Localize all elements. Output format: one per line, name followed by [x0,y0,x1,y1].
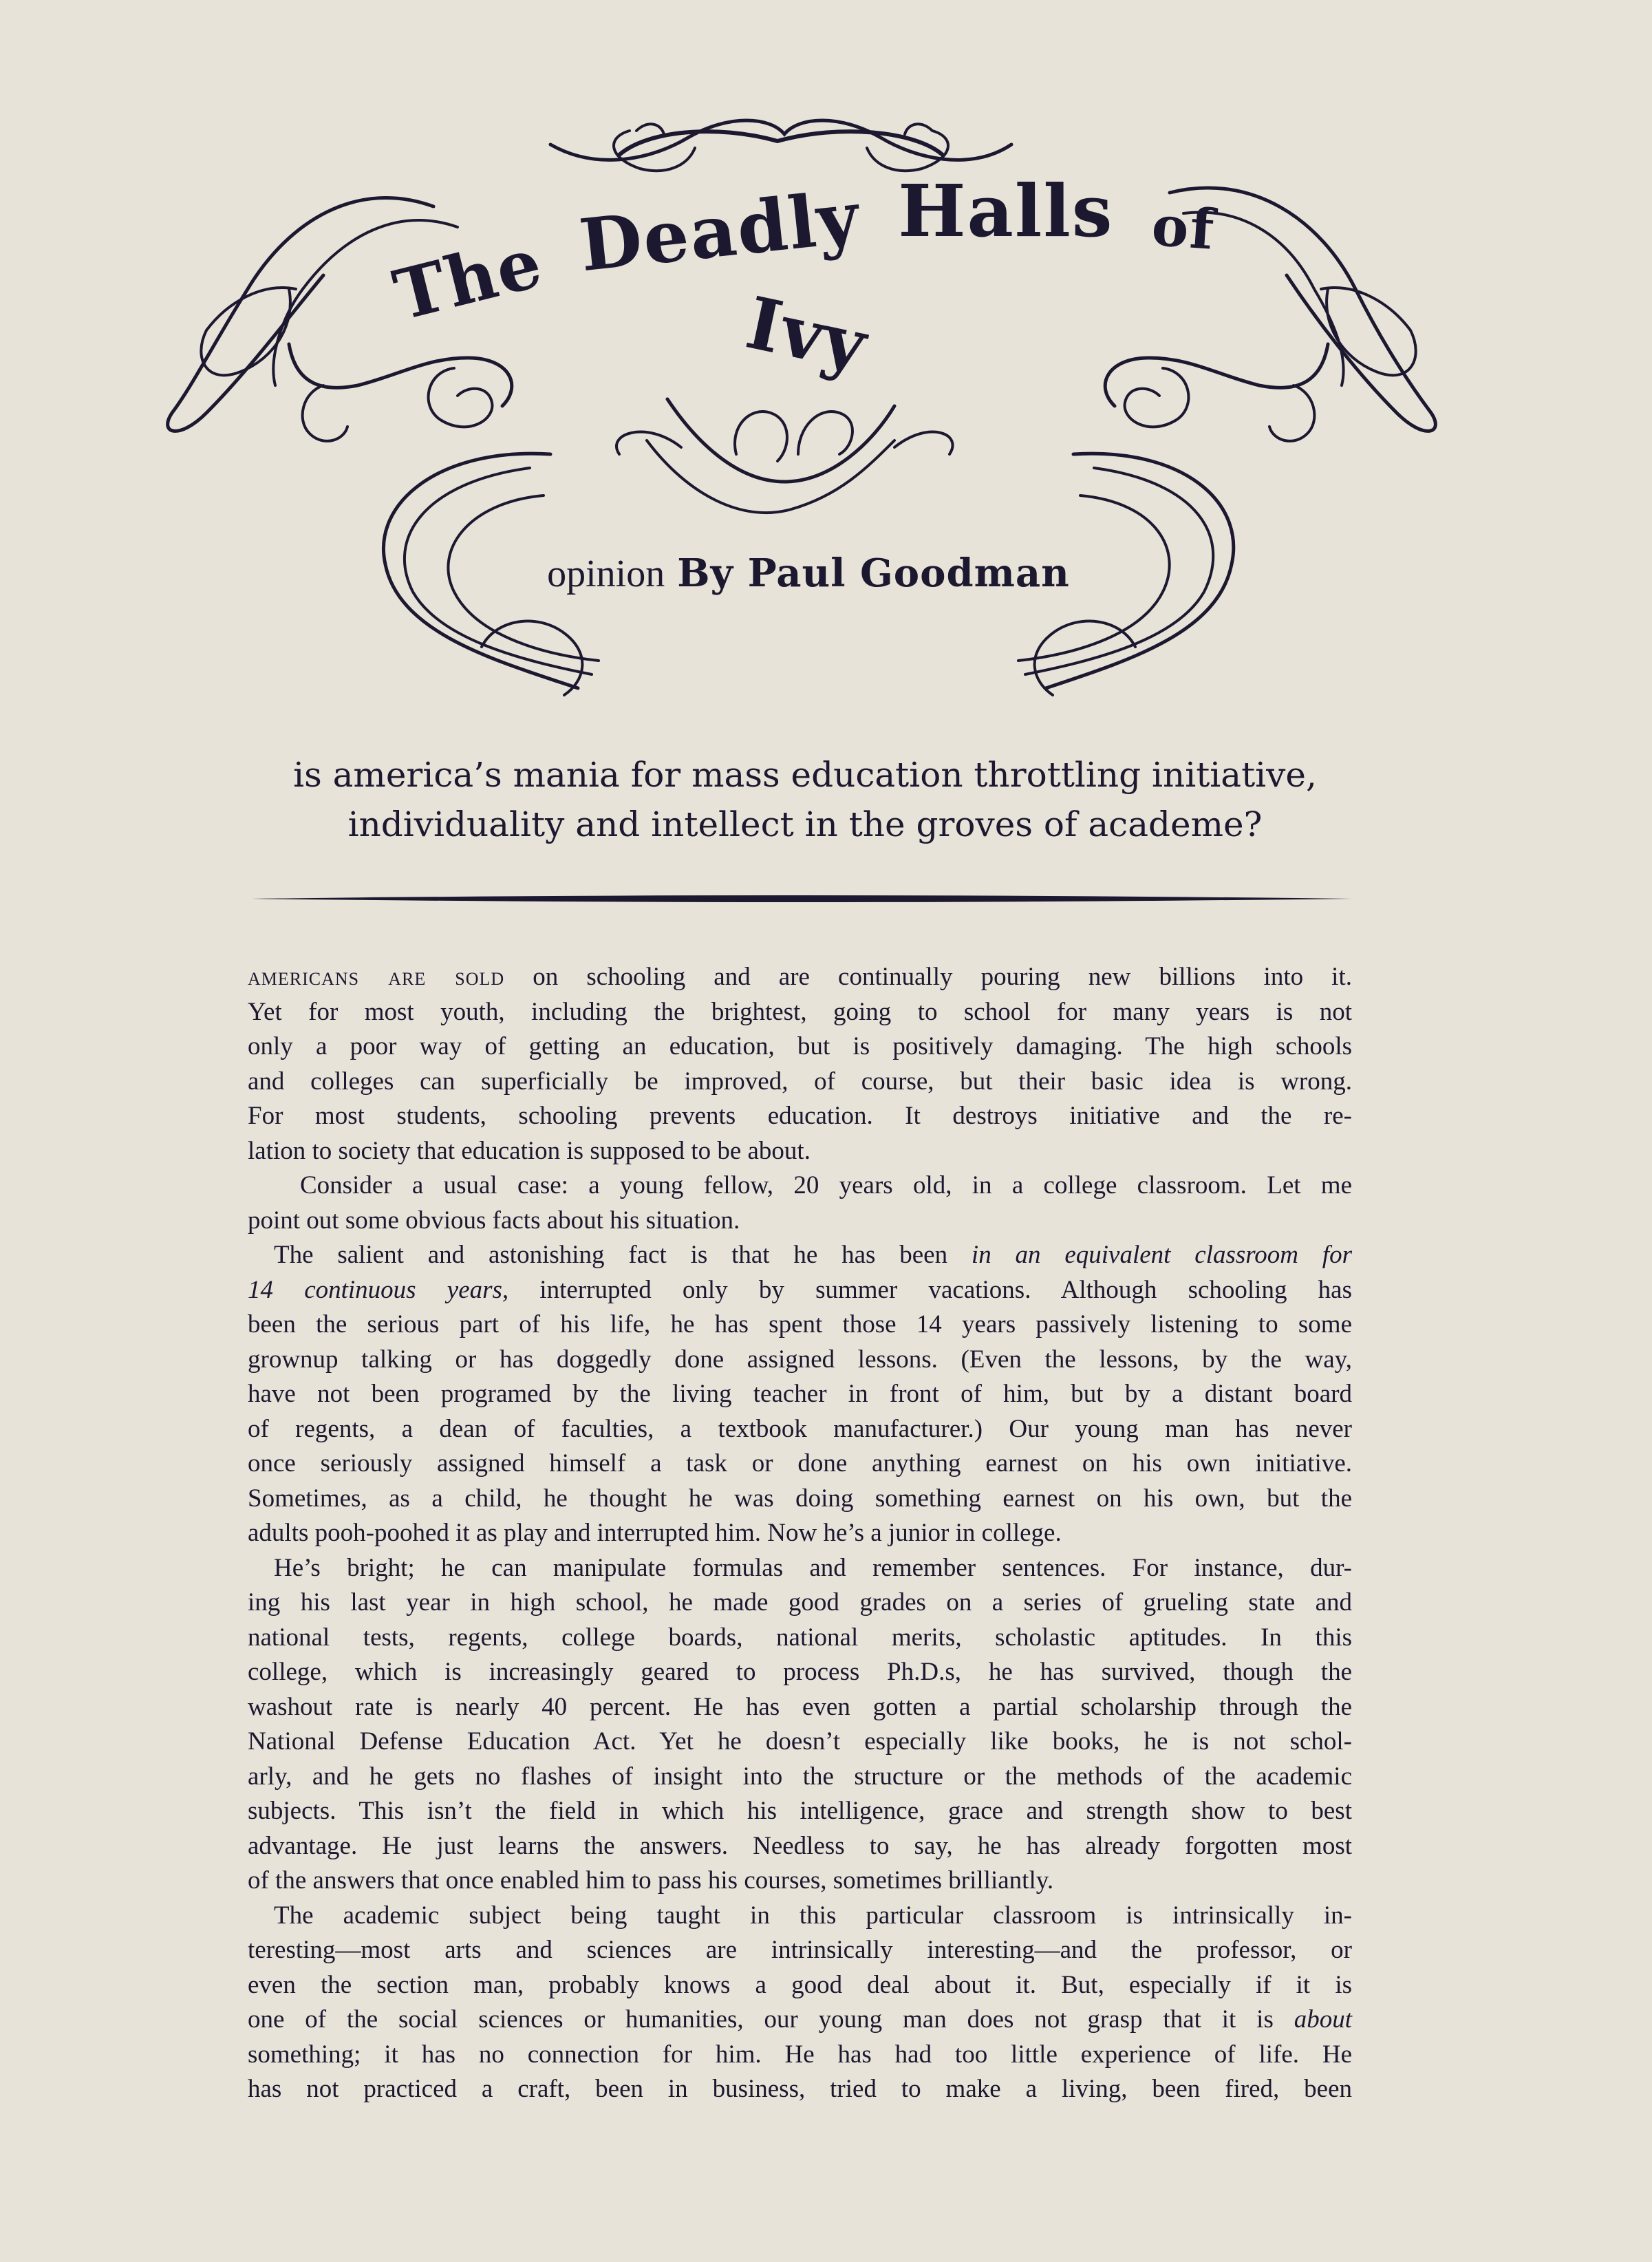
text-line: Yet for most youth, including the bright… [248,995,1352,1030]
text-run: one of the social sciences or humanities… [248,2005,1294,2034]
text-line: of regents, a dean of faculties, a textb… [248,1412,1352,1447]
text-line: been the serious part of his life, he ha… [248,1308,1352,1343]
text-line: and colleges can superficially be improv… [248,1065,1352,1100]
text-line: arly, and he gets no flashes of insight … [248,1760,1352,1795]
title-word: Halls [898,175,1113,247]
byline: opinionBy Paul Goodman [482,551,1135,597]
text-line: The academic subject being taught in thi… [274,1899,1352,1934]
text-line: college, which is increasingly geared to… [248,1655,1352,1690]
text-line: He’s bright; he can manipulate formulas … [274,1551,1352,1586]
byline-author: By Paul Goodman [677,551,1070,596]
title-word: The [387,227,549,330]
text-line: lation to society that education is supp… [248,1134,1352,1169]
text-line: even the section man, probably knows a g… [248,1968,1352,2003]
article-deck: is america’s mania for mass education th… [234,750,1376,849]
deck-line: individuality and intellect in the grove… [234,800,1376,849]
paragraph: Americans are sold on schooling and are … [248,960,1352,1169]
deck-line: is america’s mania for mass education th… [234,750,1376,800]
text-line: grownup talking or has doggedly done ass… [248,1343,1352,1378]
paragraph: Consider a usual case: a young fellow, 2… [248,1169,1352,1204]
magazine-page: The Deadly Halls of Ivy opinionBy Paul G… [0,0,1652,2262]
text-line: only a poor way of getting an education,… [248,1029,1352,1065]
text-run: interrupted only by summer vacations. Al… [508,1276,1352,1304]
italic-run: about [1294,2005,1352,2034]
text-line: of the answers that once enabled him to … [248,1864,1352,1899]
paragraph: point out some obvious facts about his s… [248,1204,1352,1239]
text-line: have not been programed by the living te… [248,1377,1352,1412]
text-line: advantage. He just learns the answers. N… [248,1829,1352,1864]
text-line: on schooling and are continually pouring… [504,963,1352,991]
text-line: teresting—most arts and sciences are int… [248,1933,1352,1968]
title-word: Deadly [577,181,863,281]
byline-kicker: opinion [547,553,665,595]
paragraph: The academic subject being taught in thi… [248,1899,1352,1934]
text-run: The salient and astonishing fact is that… [274,1241,972,1269]
text-line: has not practiced a craft, been in busin… [248,2072,1352,2107]
italic-run: in an equivalent classroom for [972,1241,1352,1269]
article-body: Americans are sold on schooling and are … [248,960,1352,2107]
divider-rule [251,895,1352,903]
text-line: once seriously assigned himself a task o… [248,1447,1352,1482]
paragraph: 14 continuous years, interrupted only by… [248,1273,1352,1551]
text-line: National Defense Education Act. Yet he d… [248,1725,1352,1760]
text-line: For most students, schooling prevents ed… [248,1099,1352,1134]
title-word: of [1150,198,1217,257]
lead-in: Americans are sold [248,963,504,991]
article-title: The Deadly Halls of Ivy [321,173,1289,365]
text-line: washout rate is nearly 40 percent. He ha… [248,1690,1352,1725]
text-line: Sometimes, as a child, he thought he was… [248,1482,1352,1517]
paragraph: He’s bright; he can manipulate formulas … [248,1551,1352,1586]
paragraph: teresting—most arts and sciences are int… [248,1933,1352,2107]
paragraph: ing his last year in high school, he mad… [248,1586,1352,1899]
text-line: something; it has no connection for him.… [248,2038,1352,2073]
text-line: Consider a usual case: a young fellow, 2… [274,1169,1352,1204]
text-line: ing his last year in high school, he mad… [248,1586,1352,1621]
text-line: subjects. This isn’t the field in which … [248,1794,1352,1829]
paragraph: The salient and astonishing fact is that… [248,1238,1352,1273]
text-line: adults pooh-poohed it as play and interr… [248,1516,1352,1551]
italic-run: 14 continuous years, [248,1276,508,1304]
text-line: national tests, regents, college boards,… [248,1621,1352,1656]
text-line: point out some obvious facts about his s… [248,1204,1352,1239]
